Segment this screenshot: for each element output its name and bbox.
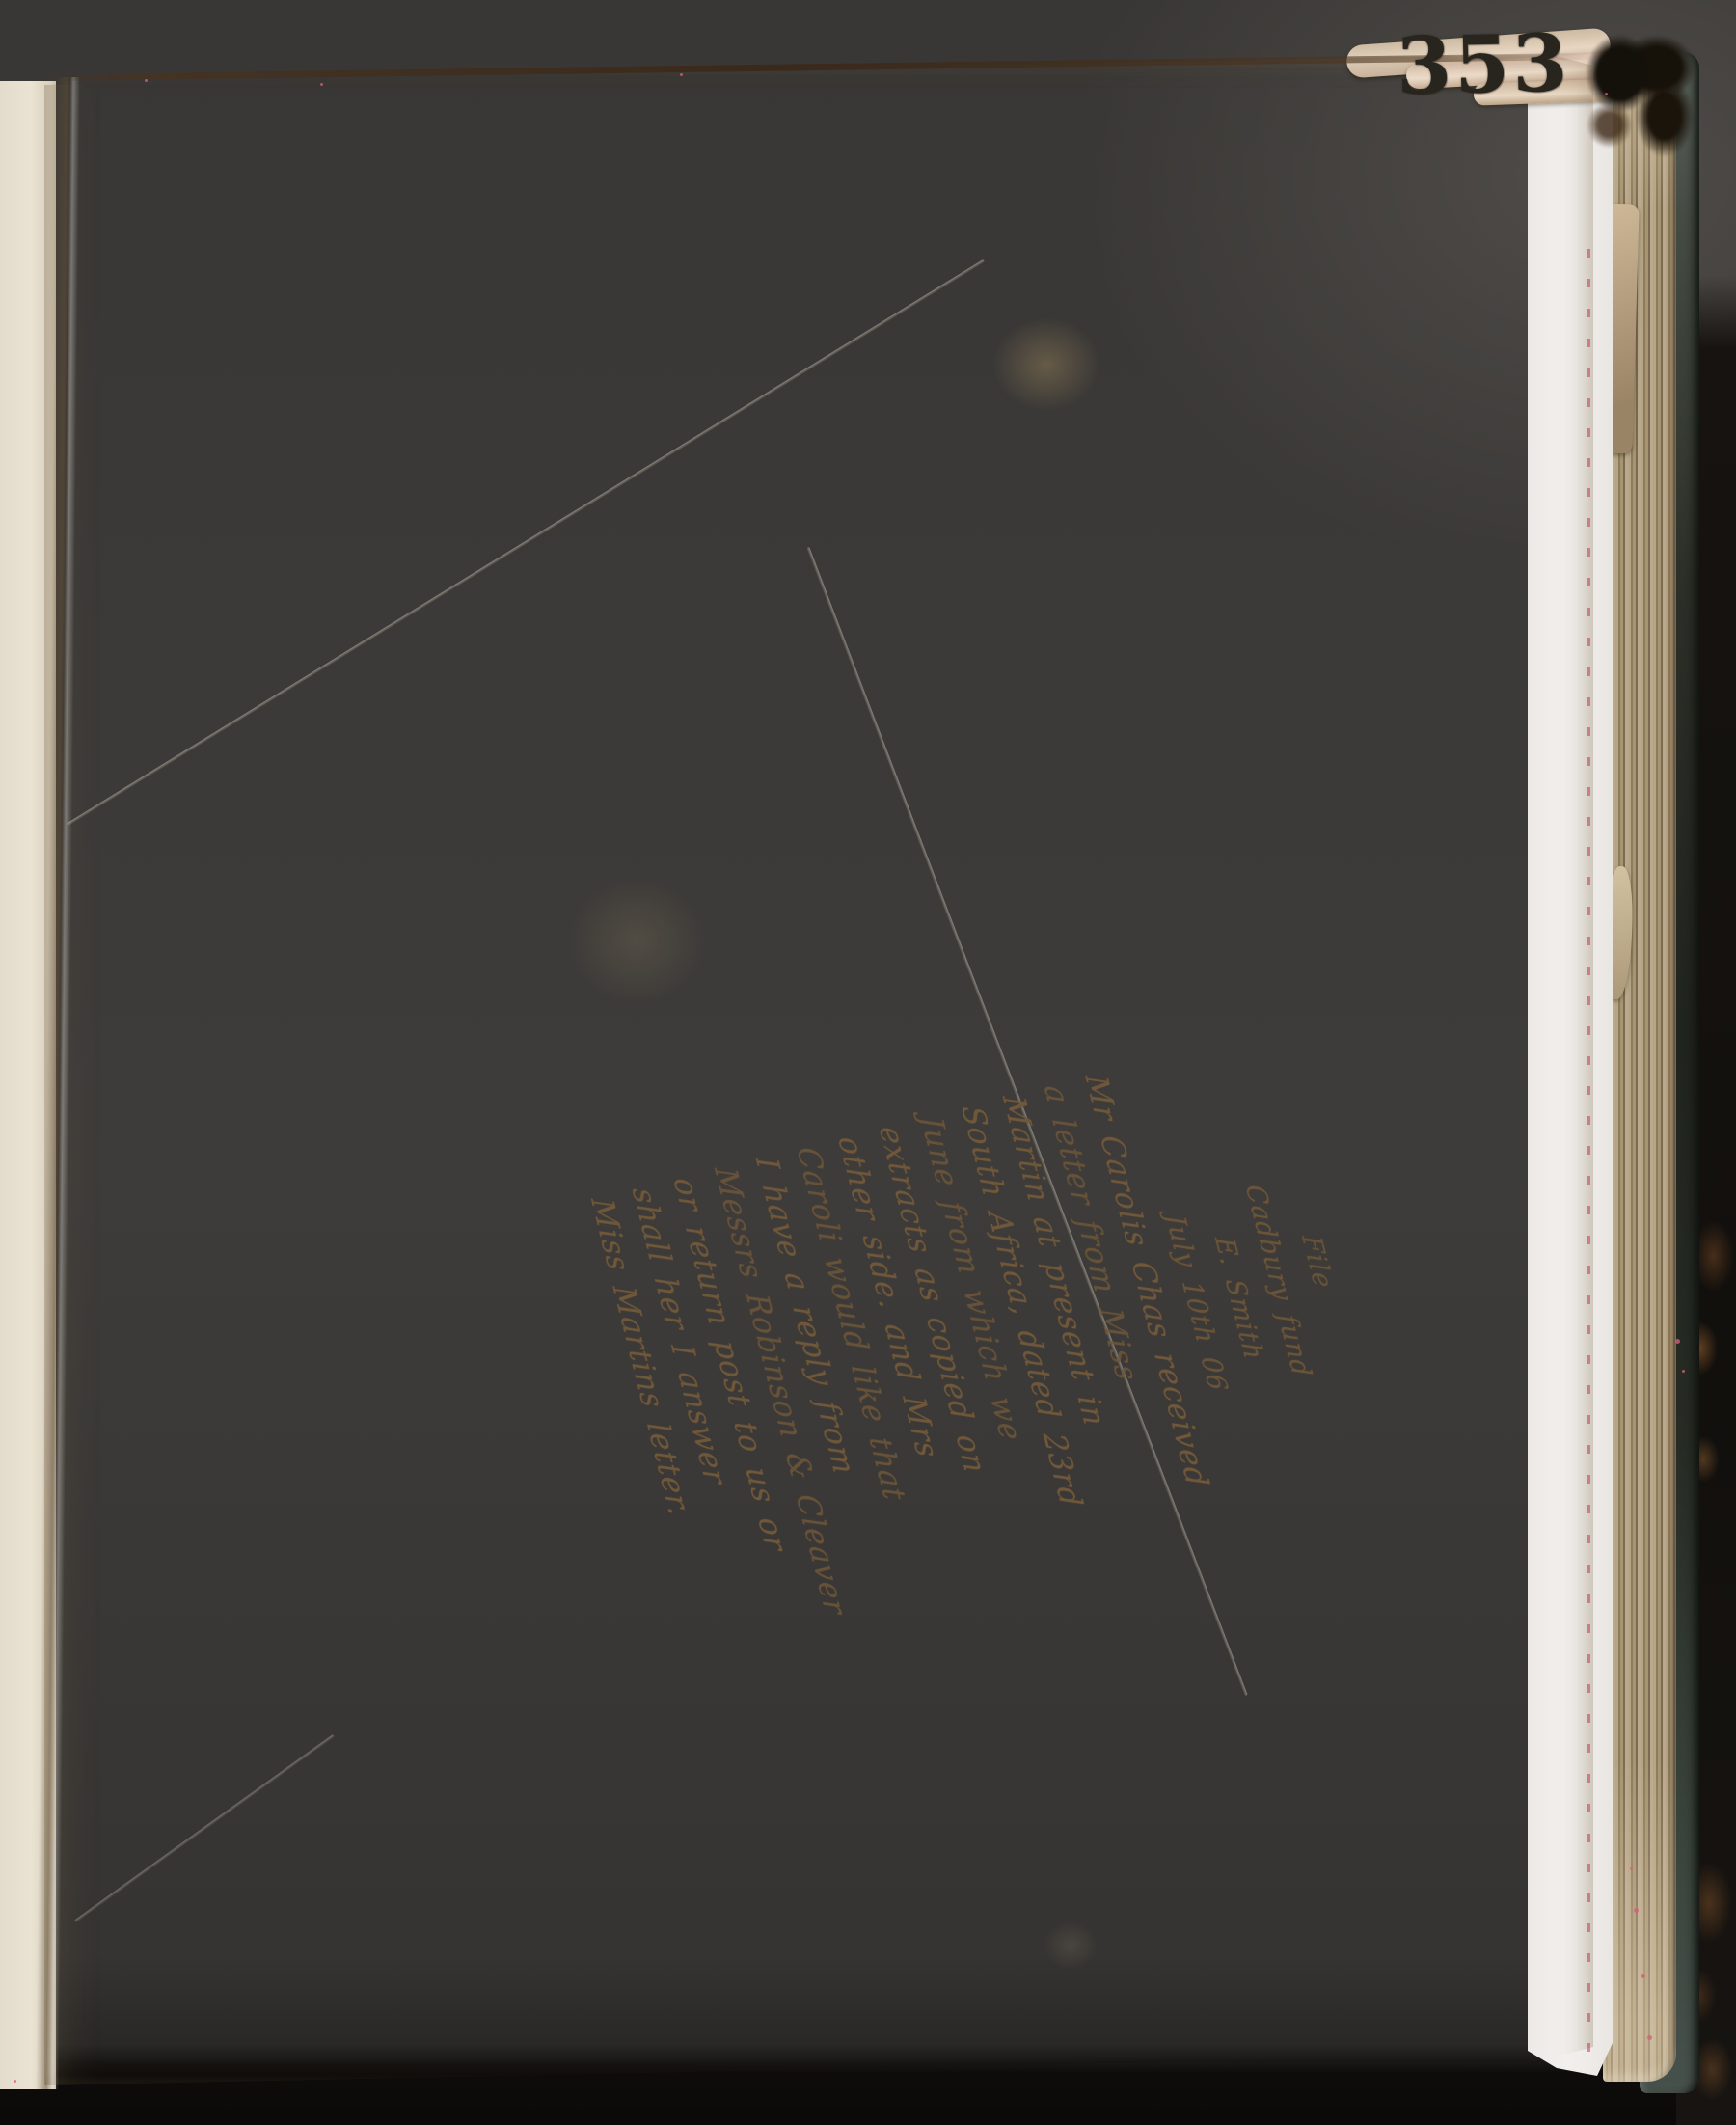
red-edge-speckle [680,73,683,76]
photographed-book-page: 353 File Cadbury fund E. Smith July 10th… [0,0,1736,2125]
red-edge-speckle [1682,1370,1685,1373]
page-number-stamp: 353 [1396,23,1610,107]
red-edge-speckle [1630,1867,1633,1870]
red-edge-speckle [1647,2035,1652,2040]
red-edge-speckle [1605,93,1608,95]
paper-stain [1044,1921,1098,1970]
red-edge-speckle [145,79,148,82]
red-edge-speckle [1641,1974,1645,1978]
red-edge-speckle [1634,1908,1639,1913]
red-edge-speckle [320,83,323,86]
paper-stain [993,318,1099,411]
red-edge-speckle [1675,1339,1680,1344]
red-edge-speckle [14,2080,16,2083]
paper-stain [569,878,704,1003]
